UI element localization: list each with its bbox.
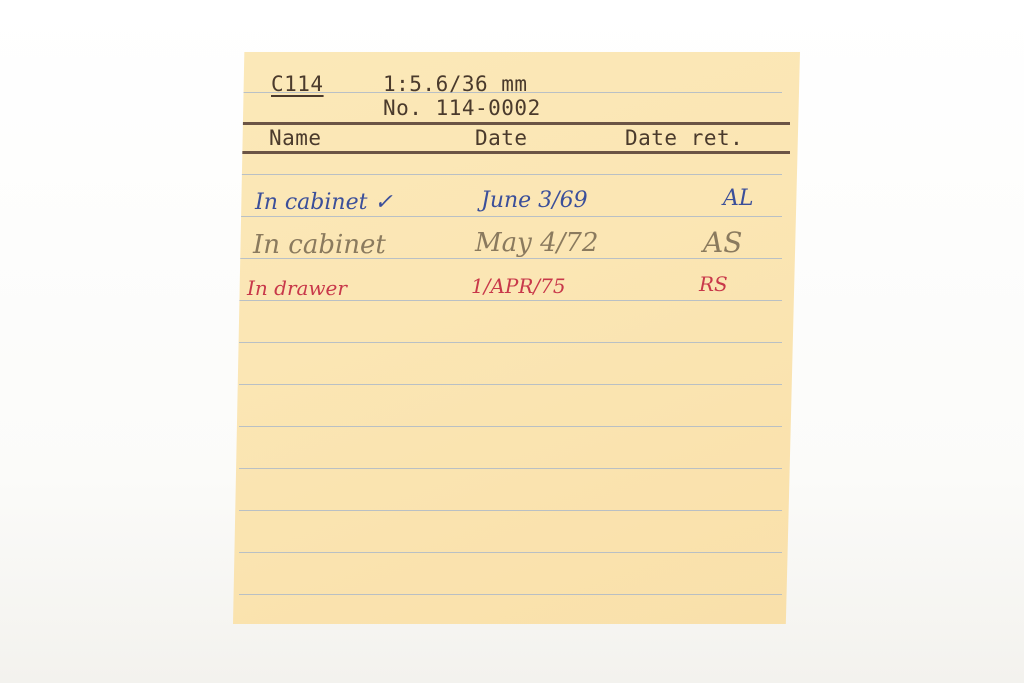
ruled-line (239, 174, 782, 175)
ruled-line (239, 92, 782, 93)
header-rule-bottom (238, 151, 790, 154)
entry-3-name: In drawer (247, 276, 347, 300)
ruled-line (239, 384, 782, 385)
ruled-line (239, 510, 782, 511)
ruled-line (239, 552, 782, 553)
ruled-line (239, 216, 782, 217)
entry-2-name: In cabinet (253, 230, 386, 260)
entry-3-initials: RS (699, 272, 728, 296)
ruled-line (239, 468, 782, 469)
entry-1-name: In cabinet ✓ (255, 190, 393, 215)
entry-1-initials: AL (723, 186, 754, 211)
column-date: Date (475, 126, 528, 150)
entry-2-initials: AS (703, 226, 742, 259)
item-number: No. 114-0002 (383, 96, 541, 120)
column-name: Name (269, 126, 322, 150)
column-date-returned: Date ret. (625, 126, 743, 150)
entry-2-date: May 4/72 (475, 228, 598, 258)
entry-3-date: 1/APR/75 (471, 274, 566, 298)
ruled-line (239, 342, 782, 343)
ruled-line (239, 426, 782, 427)
ruled-line (239, 594, 782, 595)
header-rule-top (238, 122, 790, 125)
entry-1-date: June 3/69 (481, 188, 588, 213)
ruled-line (239, 300, 782, 301)
library-index-card: C114 1:5.6/36 mm No. 114-0002 Name Date … (233, 52, 800, 624)
